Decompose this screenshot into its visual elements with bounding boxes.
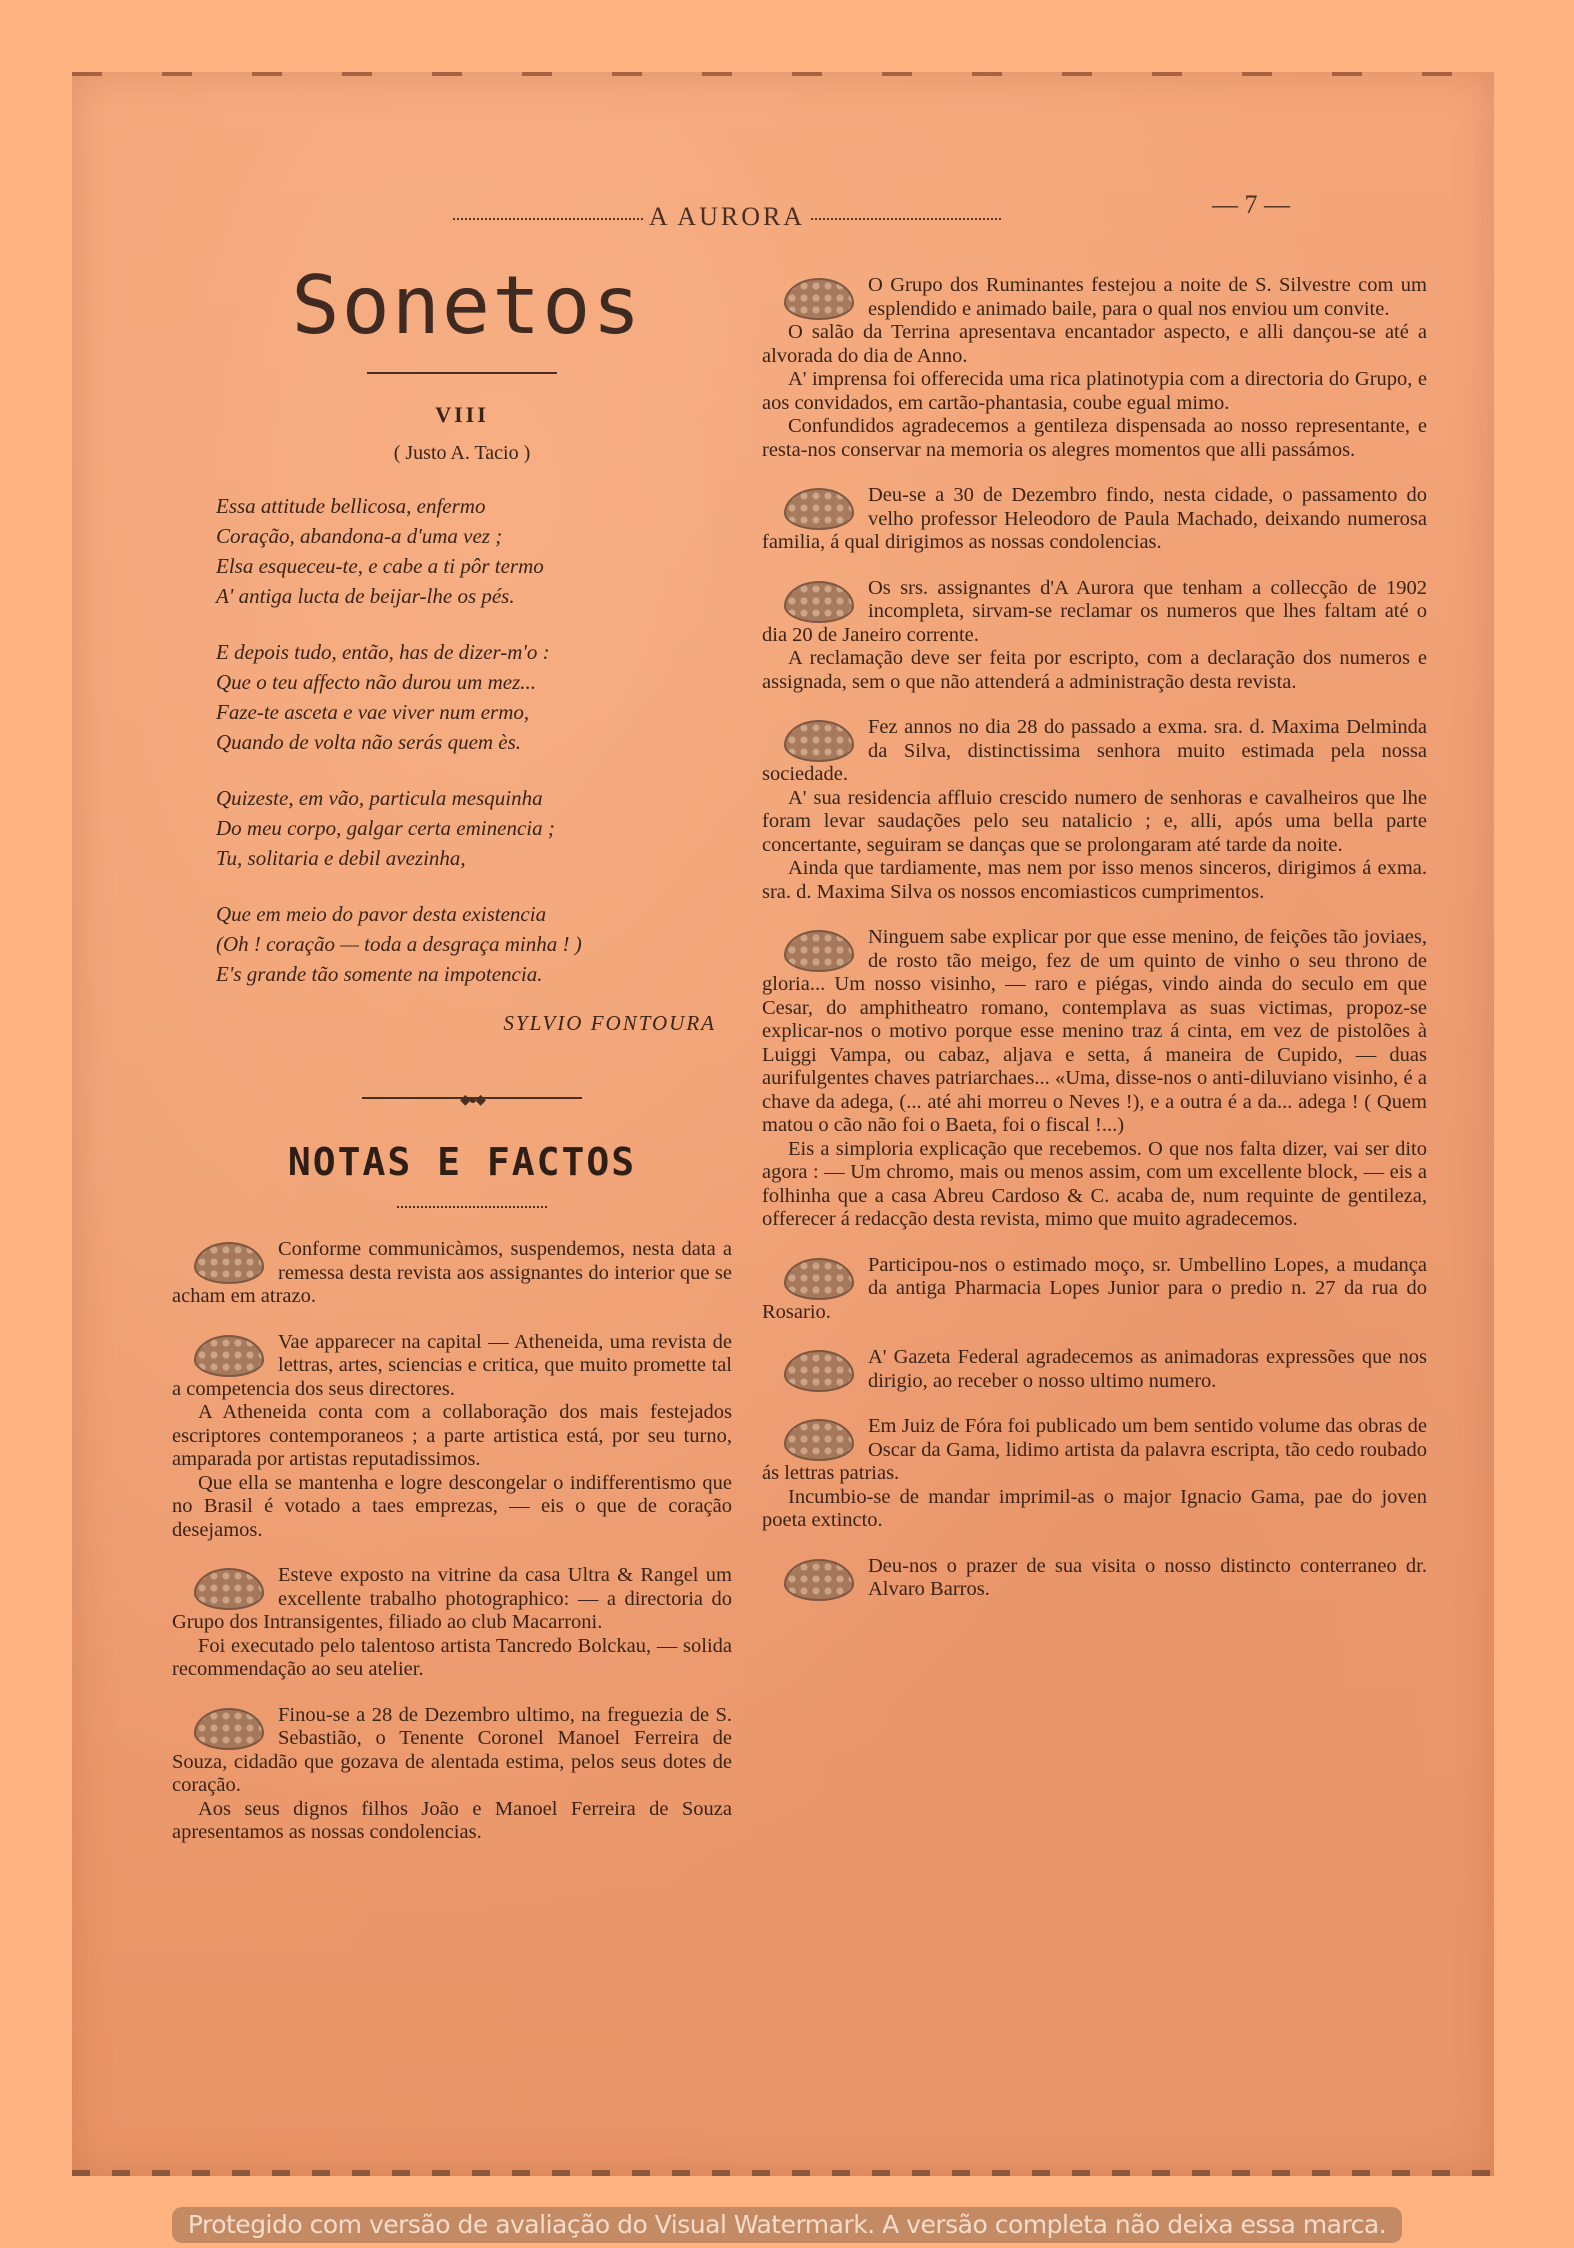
header-rule-left bbox=[453, 218, 643, 220]
news-paragraph: Confundidos agradecemos a gentileza disp… bbox=[762, 415, 1427, 462]
ornament-leaf-icon bbox=[784, 278, 854, 320]
verse-line: A' antiga lucta de beijar-lhe os pés. bbox=[216, 581, 732, 611]
verse-line: Quizeste, em vão, particula mesquinha bbox=[216, 783, 732, 813]
news-paragraph: O Grupo dos Ruminantes festejou a noite … bbox=[762, 274, 1427, 321]
news-paragraph: A reclamação deve ser feita por escripto… bbox=[762, 647, 1427, 694]
news-paragraph: Eis a simploria explicação que recebemos… bbox=[762, 1138, 1427, 1232]
news-paragraph: A' imprensa foi offerecida uma rica plat… bbox=[762, 368, 1427, 415]
news-paragraph: Foi executado pelo talentoso artista Tan… bbox=[172, 1635, 732, 1682]
news-item: Os srs. assignantes d'A Aurora que tenha… bbox=[762, 577, 1427, 695]
running-header: A AURORA bbox=[427, 202, 1027, 232]
ornament-leaf-icon bbox=[784, 1350, 854, 1392]
news-paragraph: Participou-nos o estimado moço, sr. Umbe… bbox=[762, 1254, 1427, 1325]
verse-line: (Oh ! coração — toda a desgraça minha ! … bbox=[216, 929, 732, 959]
news-paragraph: Ainda que tardiamente, mas nem por isso … bbox=[762, 857, 1427, 904]
news-paragraph: Que ella se mantenha e logre descongelar… bbox=[172, 1472, 732, 1543]
left-notes-list: Conforme communicàmos, suspendemos, nest… bbox=[172, 1238, 732, 1845]
verse-line: Quando de volta não serás quem ès. bbox=[216, 727, 732, 757]
news-item: Finou-se a 28 de Dezembro ultimo, na fre… bbox=[172, 1704, 732, 1845]
verse-line: Do meu corpo, galgar certa eminencia ; bbox=[216, 813, 732, 843]
news-paragraph: Incumbio-se de mandar imprimil-as o majo… bbox=[762, 1486, 1427, 1533]
news-item: Deu-nos o prazer de sua visita o nosso d… bbox=[762, 1555, 1427, 1602]
left-column: Sonetos VIII ( Justo A. Tacio ) Essa att… bbox=[172, 262, 732, 1845]
news-paragraph: A' Gazeta Federal agradecemos as animado… bbox=[762, 1346, 1427, 1393]
verse-line: E's grande tão somente na impotencia. bbox=[216, 959, 732, 989]
verse-line: Essa attitude bellicosa, enfermo bbox=[216, 491, 732, 521]
stanza: E depois tudo, então, has de dizer-m'o :… bbox=[216, 637, 732, 757]
ornament-leaf-icon bbox=[784, 930, 854, 972]
ornament-leaf-icon bbox=[194, 1242, 264, 1284]
right-notes-list: O Grupo dos Ruminantes festejou a noite … bbox=[762, 274, 1427, 1602]
stanza: Essa attitude bellicosa, enfermoCoração,… bbox=[216, 491, 732, 611]
poem-author: SYLVIO FONTOURA bbox=[172, 1011, 716, 1036]
newspaper-page: A AURORA — 7 — Sonetos VIII ( Justo A. T… bbox=[72, 72, 1494, 2176]
divider-ornament-icon: ◆●◆ bbox=[460, 1092, 484, 1109]
news-item: Em Juiz de Fóra foi publicado um bem sen… bbox=[762, 1415, 1427, 1533]
news-paragraph: Deu-nos o prazer de sua visita o nosso d… bbox=[762, 1555, 1427, 1602]
news-paragraph: A' sua residencia affluio crescido numer… bbox=[762, 787, 1427, 858]
news-paragraph: Deu-se a 30 de Dezembro findo, nesta cid… bbox=[762, 484, 1427, 555]
watermark-notice: Protegido com versão de avaliação do Vis… bbox=[172, 2207, 1402, 2243]
ornament-leaf-icon bbox=[194, 1568, 264, 1610]
news-item: Ninguem sabe explicar por que esse menin… bbox=[762, 926, 1427, 1232]
section-title: NOTAS E FACTOS bbox=[192, 1140, 732, 1184]
sonnet-epigraph: ( Justo A. Tacio ) bbox=[192, 442, 732, 465]
news-item: Fez annos no dia 28 do passado a exma. s… bbox=[762, 716, 1427, 904]
stanza: Que em meio do pavor desta existencia(Oh… bbox=[216, 899, 732, 989]
verse-line: Faze-te asceta e vae viver num ermo, bbox=[216, 697, 732, 727]
ornament-leaf-icon bbox=[784, 1419, 854, 1461]
news-paragraph: Aos seus dignos filhos João e Manoel Fer… bbox=[172, 1798, 732, 1845]
news-paragraph: Os srs. assignantes d'A Aurora que tenha… bbox=[762, 577, 1427, 648]
ornamental-divider: ◆●◆ bbox=[362, 1092, 582, 1104]
header-rule-right bbox=[811, 218, 1001, 220]
ornament-leaf-icon bbox=[784, 488, 854, 530]
news-item: Participou-nos o estimado moço, sr. Umbe… bbox=[762, 1254, 1427, 1325]
news-item: Deu-se a 30 de Dezembro findo, nesta cid… bbox=[762, 484, 1427, 555]
right-column: O Grupo dos Ruminantes festejou a noite … bbox=[762, 252, 1427, 1602]
verse-line: Que em meio do pavor desta existencia bbox=[216, 899, 732, 929]
page-number: — 7 — bbox=[1212, 190, 1290, 220]
news-item: A' Gazeta Federal agradecemos as animado… bbox=[762, 1346, 1427, 1393]
sonnet-number: VIII bbox=[192, 402, 732, 428]
news-paragraph: A Atheneida conta com a collaboração dos… bbox=[172, 1401, 732, 1472]
publication-title: A AURORA bbox=[649, 202, 805, 231]
news-paragraph: Em Juiz de Fóra foi publicado um bem sen… bbox=[762, 1415, 1427, 1486]
section-rule bbox=[397, 1206, 547, 1208]
verse-line: E depois tudo, então, has de dizer-m'o : bbox=[216, 637, 732, 667]
title-rule bbox=[367, 372, 557, 374]
news-item: Vae apparecer na capital — Atheneida, um… bbox=[172, 1331, 732, 1543]
news-item: Esteve exposto na vitrine da casa Ultra … bbox=[172, 1564, 732, 1682]
verse-line: Tu, solitaria e debil avezinha, bbox=[216, 843, 732, 873]
news-paragraph: Ninguem sabe explicar por que esse menin… bbox=[762, 926, 1427, 1138]
news-item: Conforme communicàmos, suspendemos, nest… bbox=[172, 1238, 732, 1309]
sonnet-body: Essa attitude bellicosa, enfermoCoração,… bbox=[172, 491, 732, 989]
verse-line: Coração, abandona-a d'uma vez ; bbox=[216, 521, 732, 551]
verse-line: Que o teu affecto não durou um mez... bbox=[216, 667, 732, 697]
news-item: O Grupo dos Ruminantes festejou a noite … bbox=[762, 274, 1427, 462]
verse-line: Elsa esqueceu-te, e cabe a ti pôr termo bbox=[216, 551, 732, 581]
stanza: Quizeste, em vão, particula mesquinhaDo … bbox=[216, 783, 732, 873]
sonnets-title: Sonetos bbox=[202, 262, 732, 350]
news-paragraph: Fez annos no dia 28 do passado a exma. s… bbox=[762, 716, 1427, 787]
ornament-leaf-icon bbox=[784, 720, 854, 762]
news-paragraph: O salão da Terrina apresentava encantado… bbox=[762, 321, 1427, 368]
